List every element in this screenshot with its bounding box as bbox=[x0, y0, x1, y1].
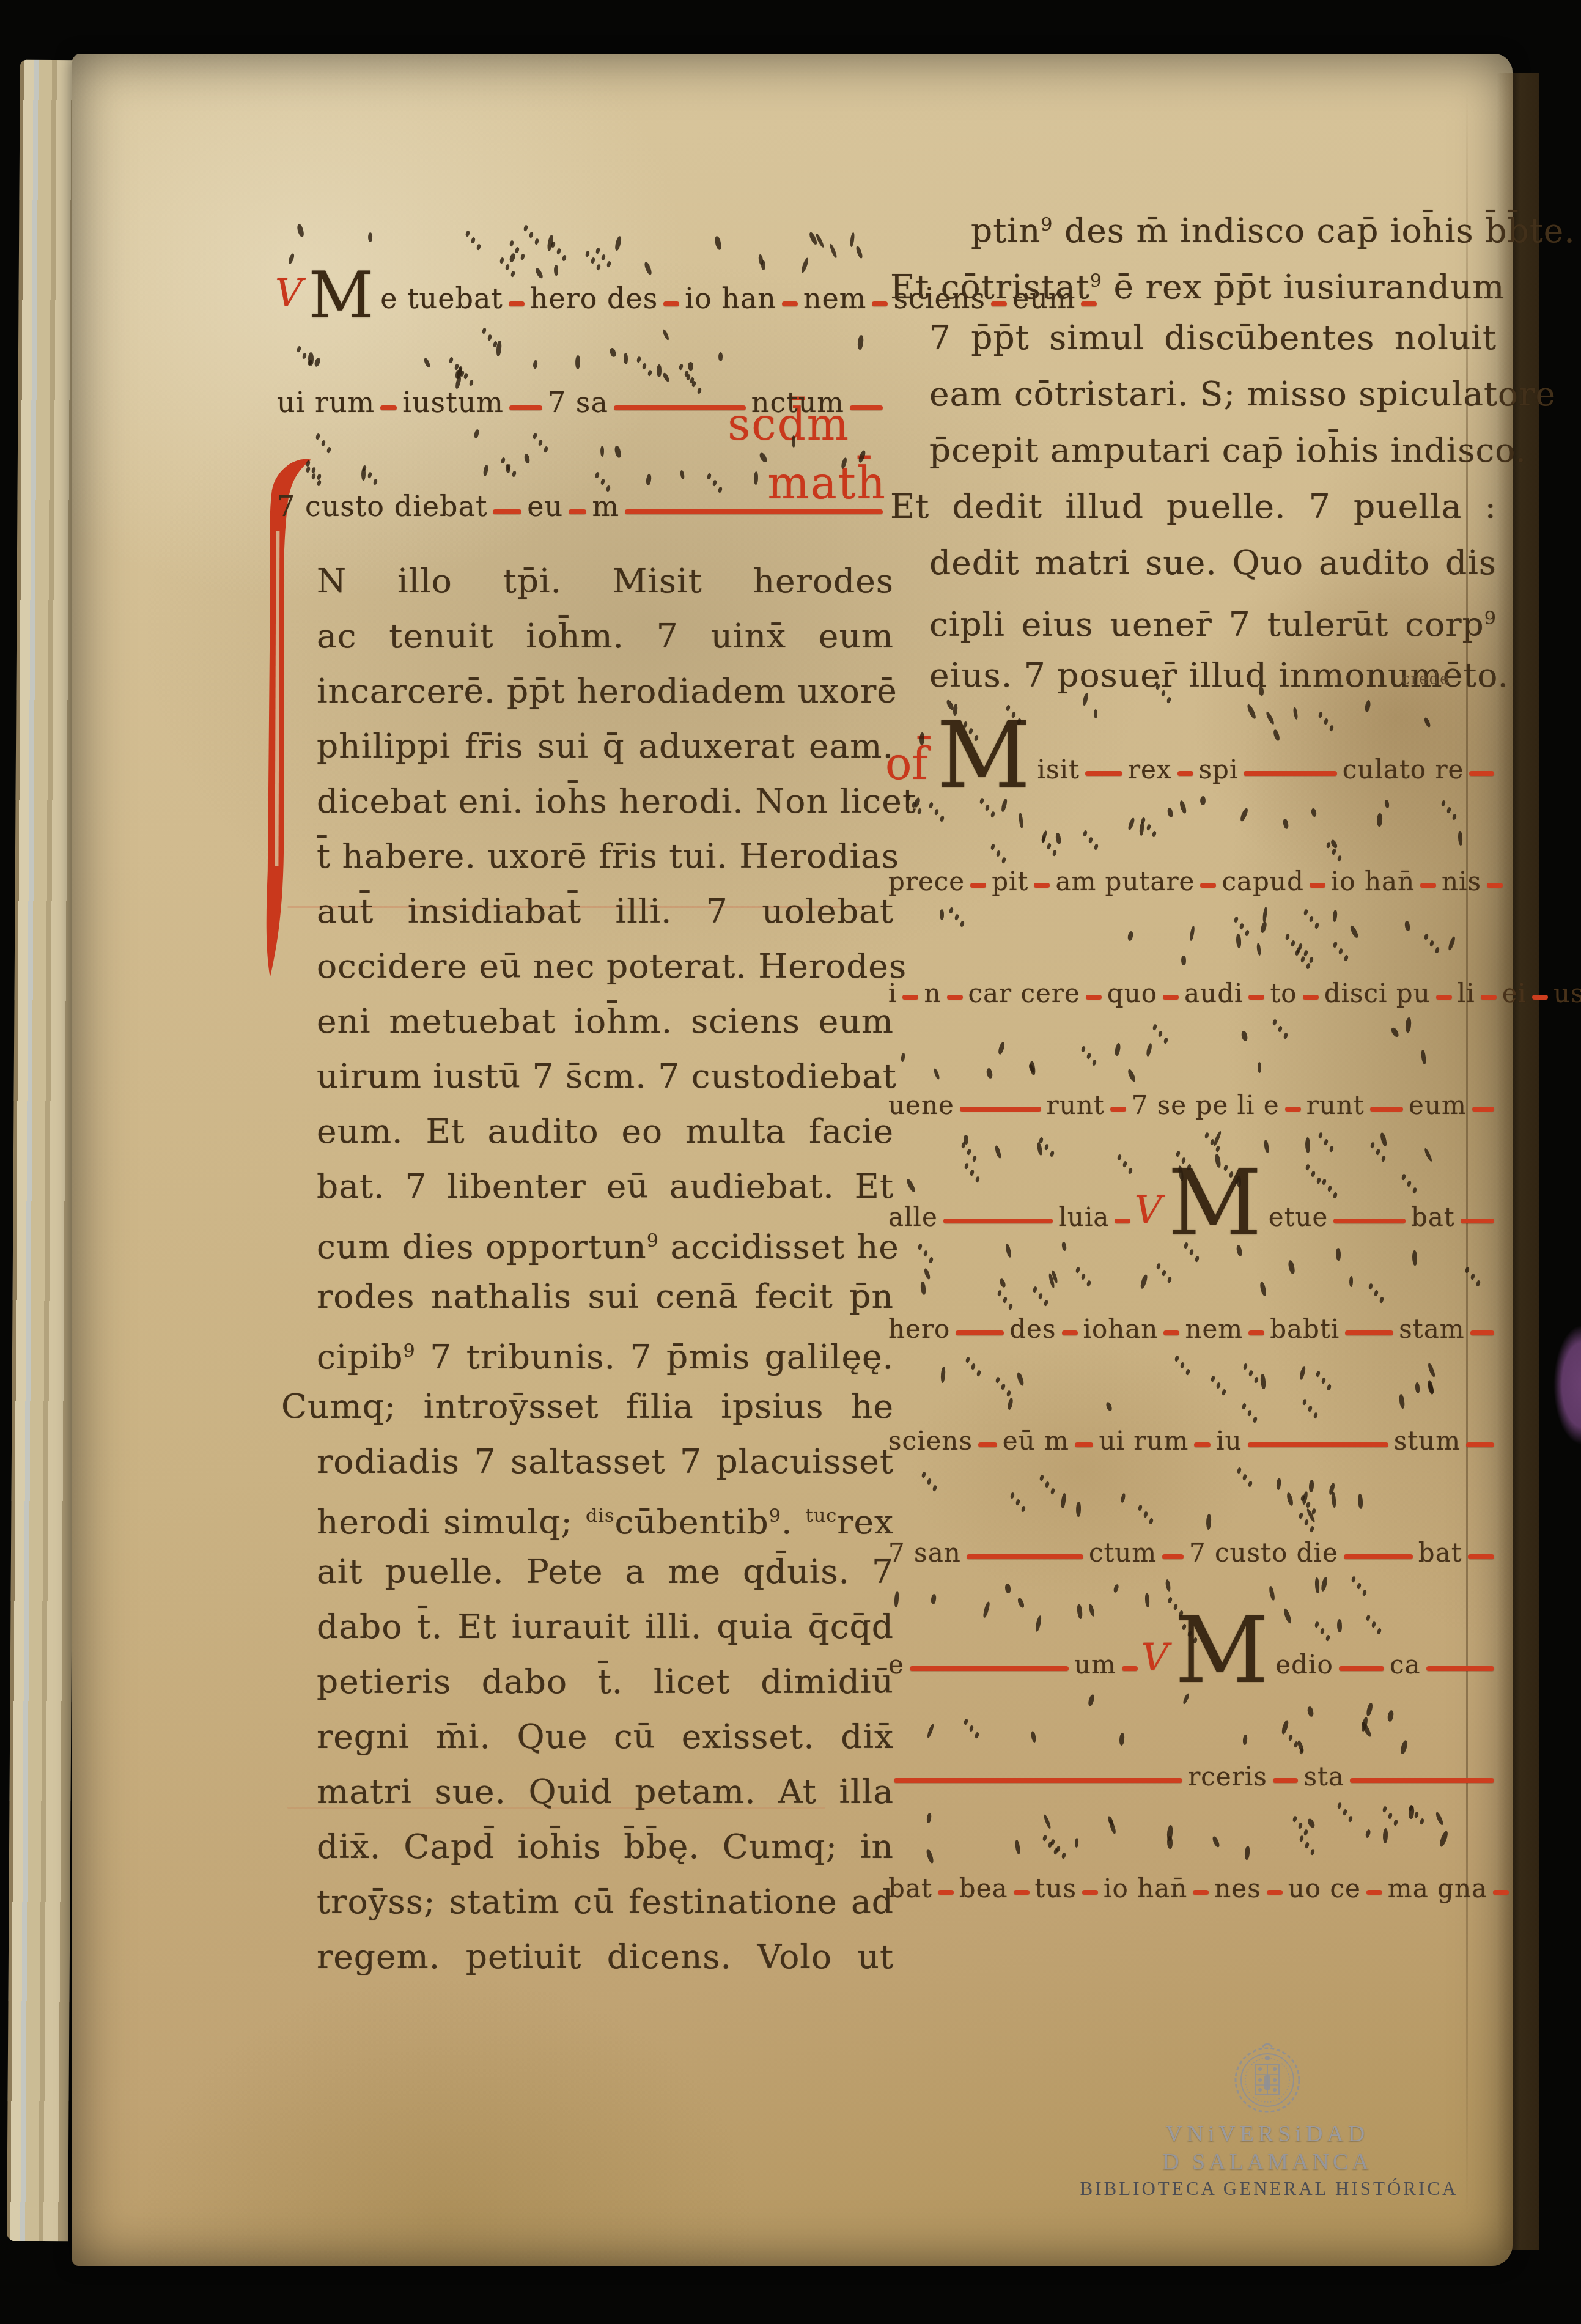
neume-mark bbox=[1331, 1491, 1336, 1508]
neume-mark bbox=[1141, 817, 1146, 824]
neume-mark bbox=[509, 240, 515, 246]
red-extender-line bbox=[1339, 1666, 1384, 1671]
gospel-line-right: Et dedit illud puelle. 7 puella : bbox=[890, 478, 1497, 534]
neume-mark bbox=[1061, 1242, 1066, 1251]
neume-mark bbox=[1075, 1502, 1082, 1518]
neume-mark bbox=[1330, 839, 1338, 849]
screenshot-canvas: { "colors":{"red":"#cd3e1f","ink":"#4230… bbox=[0, 0, 1581, 2324]
neume-mark bbox=[1082, 692, 1089, 706]
neume-mark bbox=[1408, 1805, 1413, 1812]
neume-mark bbox=[600, 446, 604, 457]
neume-mark bbox=[506, 463, 511, 470]
neume-mark bbox=[1163, 1038, 1168, 1044]
neume-mark bbox=[1439, 1830, 1450, 1847]
neume-mark bbox=[1329, 725, 1334, 731]
offertory-mark: of̄ bbox=[885, 747, 928, 782]
neume-mark bbox=[916, 808, 922, 814]
neume-mark bbox=[1434, 947, 1440, 954]
neume-mark bbox=[1221, 1389, 1226, 1395]
neume-mark bbox=[590, 257, 595, 264]
chant-syllable: uene bbox=[888, 1090, 954, 1120]
red-extender-line bbox=[1366, 1890, 1382, 1895]
neume-mark bbox=[524, 454, 531, 464]
neume-mark bbox=[1412, 1250, 1417, 1266]
neume-mark bbox=[367, 471, 373, 478]
neume-mark bbox=[911, 801, 916, 808]
neume-mark bbox=[662, 372, 670, 383]
neume-mark bbox=[954, 914, 959, 921]
red-extender-line bbox=[894, 1778, 1182, 1783]
neume-mark bbox=[1399, 1739, 1409, 1755]
neume-mark bbox=[1001, 857, 1006, 863]
neume-mark bbox=[1390, 1027, 1399, 1038]
neume-mark bbox=[1419, 1818, 1424, 1825]
neume-mark bbox=[1041, 836, 1047, 843]
neume-mark bbox=[1051, 1270, 1058, 1284]
neume-mark bbox=[857, 335, 865, 350]
red-extender-line bbox=[1436, 995, 1452, 1000]
neume-mark bbox=[964, 1135, 969, 1145]
chant-syllable: audi bbox=[1184, 978, 1243, 1008]
neume-mark bbox=[1303, 950, 1309, 957]
neume-mark bbox=[1364, 700, 1372, 714]
chant-line: VMe tuebathero desio hannemscienseum bbox=[274, 211, 885, 315]
neume-mark bbox=[1310, 1170, 1316, 1177]
gospel-line-left: bat. 7 libenter eū audiebat. Et bbox=[281, 1159, 894, 1214]
neume-mark bbox=[315, 433, 321, 440]
chant-syllable: li bbox=[1458, 978, 1475, 1008]
neume-mark bbox=[1047, 1841, 1053, 1848]
neume-mark bbox=[1077, 1604, 1083, 1620]
neume-mark bbox=[1382, 1828, 1388, 1843]
neume-mark bbox=[1317, 711, 1323, 718]
neume-mark bbox=[1206, 1513, 1212, 1530]
page-edge-stack bbox=[7, 60, 81, 2242]
neume-mark bbox=[308, 359, 313, 366]
neume-mark bbox=[1365, 1829, 1372, 1839]
neume-mark bbox=[584, 250, 590, 257]
chant-line: eumVMedioca bbox=[885, 1568, 1497, 1680]
red-extender-line bbox=[960, 1107, 1041, 1112]
chant-syllable: bat bbox=[1418, 1538, 1462, 1568]
red-extender-line bbox=[1532, 995, 1548, 1000]
gospel-line-left: eni metuebat ioh̄m. sciens eum bbox=[281, 994, 894, 1049]
neume-mark bbox=[1244, 929, 1250, 936]
neume-mark bbox=[1292, 707, 1298, 720]
neume-mark bbox=[1304, 1519, 1310, 1526]
neume-mark bbox=[1310, 1526, 1315, 1533]
neume-mark bbox=[1318, 1132, 1324, 1139]
chant-syllable: ca bbox=[1390, 1650, 1421, 1680]
neume-mark bbox=[1305, 1501, 1311, 1508]
neume-mark bbox=[718, 352, 723, 362]
neume-mark bbox=[1239, 807, 1249, 822]
neume-mark bbox=[1297, 1740, 1305, 1754]
neume-mark bbox=[1327, 1185, 1333, 1192]
neume-mark bbox=[1288, 1735, 1294, 1741]
neume-mark bbox=[556, 248, 561, 254]
neume-mark bbox=[1351, 1576, 1357, 1583]
gospel-line-left: dicebat eni. ioh̄s herodi. Non licet bbox=[281, 773, 894, 828]
neume-mark bbox=[1015, 1840, 1021, 1855]
neume-mark bbox=[1155, 1263, 1161, 1269]
red-extender-line bbox=[1062, 1330, 1078, 1335]
neume-band bbox=[885, 1344, 1497, 1416]
neume-mark bbox=[1048, 1273, 1055, 1289]
neume-mark bbox=[712, 480, 718, 487]
chant-syllable: runt bbox=[1306, 1090, 1365, 1120]
neume-mark bbox=[1382, 1806, 1388, 1813]
neume-mark bbox=[1292, 1815, 1298, 1822]
neume-mark bbox=[1333, 1192, 1338, 1198]
neume-mark bbox=[1263, 1140, 1269, 1153]
red-extender-line bbox=[509, 405, 542, 410]
neume-mark bbox=[684, 371, 690, 377]
neume-mark bbox=[1003, 1296, 1008, 1303]
neume-mark bbox=[534, 267, 544, 279]
neume-mark bbox=[1241, 1031, 1248, 1042]
chant-syllable: etue bbox=[1269, 1202, 1329, 1232]
neume-mark bbox=[714, 235, 722, 251]
neume-mark bbox=[1298, 943, 1303, 950]
neume-mark bbox=[326, 446, 332, 453]
neume-mark bbox=[511, 470, 517, 477]
neume-mark bbox=[1016, 1371, 1025, 1386]
red-extender-line bbox=[380, 405, 397, 410]
neume-mark bbox=[1179, 800, 1187, 814]
neume-mark bbox=[997, 1041, 1006, 1055]
neume-mark bbox=[1167, 808, 1173, 818]
neume-mark bbox=[423, 357, 430, 368]
neume-mark bbox=[1242, 1734, 1248, 1745]
gospel-line-right: 7 p̄p̄t simul discūbentes noluit bbox=[890, 309, 1497, 366]
red-extender-line bbox=[1248, 1330, 1264, 1335]
neume-mark bbox=[448, 357, 454, 364]
neume-mark bbox=[815, 233, 825, 248]
gospel-line-left: incarcerē. p̄p̄t herodiadem uxorē bbox=[281, 663, 894, 718]
neume-mark bbox=[1319, 1628, 1325, 1635]
neume-band bbox=[885, 896, 1497, 968]
red-extender-line bbox=[910, 1666, 1069, 1671]
neume-mark bbox=[1247, 1409, 1252, 1416]
neume-mark bbox=[1373, 1289, 1379, 1296]
neume-mark bbox=[1122, 1161, 1127, 1168]
neume-mark bbox=[687, 362, 693, 371]
chant-initial: M bbox=[937, 728, 1031, 784]
neume-mark bbox=[1248, 1480, 1253, 1487]
neume-mark bbox=[975, 1176, 980, 1183]
red-extender-line bbox=[1122, 1666, 1138, 1671]
neume-mark bbox=[1200, 796, 1206, 806]
neume-mark bbox=[1309, 915, 1314, 922]
neume-mark bbox=[995, 1376, 1000, 1383]
neume-mark bbox=[1086, 1052, 1091, 1059]
neume-mark bbox=[1311, 1508, 1316, 1514]
chant-syllable: edio bbox=[1275, 1650, 1333, 1680]
neume-mark bbox=[487, 334, 493, 341]
neume-mark bbox=[1037, 1293, 1043, 1299]
neume-mark bbox=[1146, 824, 1152, 830]
red-extender-line bbox=[1086, 995, 1102, 1000]
chant-syllable: bat bbox=[1411, 1202, 1455, 1232]
neume-mark bbox=[999, 1278, 1006, 1288]
red-extender-line bbox=[509, 301, 525, 306]
red-extender-line bbox=[1285, 1107, 1301, 1112]
neume-mark bbox=[1239, 923, 1244, 929]
neume-mark bbox=[1294, 1741, 1299, 1748]
neume-mark bbox=[696, 388, 702, 394]
neume-mark bbox=[1181, 956, 1185, 966]
neume-mark bbox=[1381, 1155, 1387, 1162]
neume-mark bbox=[1152, 830, 1157, 837]
gospel-line-left: occidere eū nec poterat. Herodes bbox=[281, 939, 894, 994]
neume-mark bbox=[544, 446, 549, 452]
chant-syllable: am putare bbox=[1055, 866, 1195, 896]
neume-mark bbox=[361, 468, 366, 481]
gospel-line-left: regem. petiuit dicens. Volo ut bbox=[281, 1929, 894, 1984]
neume-mark bbox=[761, 260, 766, 270]
neume-mark bbox=[1247, 703, 1257, 720]
neume-mark bbox=[972, 1156, 978, 1162]
neume-mark bbox=[1329, 1146, 1335, 1153]
neume-mark bbox=[1075, 1266, 1081, 1273]
neume-mark bbox=[1333, 942, 1338, 948]
neume-mark bbox=[1080, 1046, 1086, 1052]
chant-syllable: nctum bbox=[751, 386, 844, 419]
red-extender-line bbox=[1082, 1890, 1098, 1895]
neume-mark bbox=[533, 432, 538, 439]
neume-mark bbox=[926, 1812, 932, 1823]
neume-mark bbox=[969, 1170, 975, 1176]
neume-mark bbox=[1127, 1068, 1137, 1083]
neume-mark bbox=[373, 478, 378, 485]
neume-mark bbox=[979, 797, 984, 804]
neume-mark bbox=[594, 471, 600, 478]
neume-mark bbox=[1041, 830, 1048, 843]
neume-mark bbox=[600, 254, 606, 260]
red-extender-line bbox=[1420, 883, 1436, 888]
neume-mark bbox=[1295, 950, 1300, 956]
neume-mark bbox=[482, 464, 489, 476]
neume-mark bbox=[1441, 800, 1446, 806]
neume-mark bbox=[1427, 1362, 1435, 1378]
gospel-line-left: petieris dabo t̄. licet dimidiū bbox=[281, 1654, 894, 1709]
neume-mark bbox=[1387, 1710, 1395, 1722]
neume-mark bbox=[609, 348, 616, 358]
neume-mark bbox=[1114, 1043, 1121, 1057]
neume-mark bbox=[1299, 1835, 1304, 1842]
neume-mark bbox=[1005, 1584, 1011, 1593]
chant-line: alleluiaVMetuebat bbox=[885, 1120, 1497, 1232]
neume-mark bbox=[470, 237, 476, 243]
red-extender-line bbox=[872, 301, 888, 306]
neume-mark bbox=[967, 1149, 972, 1156]
chant-syllable: uo ce bbox=[1288, 1873, 1361, 1903]
neume-mark bbox=[1242, 1474, 1248, 1480]
gospel-line-left: matri sue. Quid petam. At illa bbox=[281, 1764, 894, 1819]
neume-mark bbox=[913, 797, 921, 808]
red-extender-line bbox=[956, 1330, 1004, 1335]
neume-mark bbox=[1309, 957, 1314, 964]
neume-mark bbox=[1421, 1050, 1426, 1065]
watermark-library: BIBLIOTECA GENERAL HISTÓRICA bbox=[1043, 2178, 1495, 2200]
neume-mark bbox=[1384, 799, 1389, 808]
chant-syllable: ui rum bbox=[1099, 1426, 1189, 1456]
neume-mark bbox=[1321, 1378, 1326, 1384]
neume-mark bbox=[550, 241, 556, 248]
gospel-line-left: eum. Et audito eo multa facie bbox=[281, 1104, 894, 1159]
neume-mark bbox=[948, 907, 954, 914]
red-extender-line bbox=[1470, 1330, 1494, 1335]
neume-mark bbox=[1056, 832, 1061, 844]
gospel-line-left: ait puelle. Pete a me qd̄uis. 7 bbox=[281, 1544, 894, 1599]
neume-mark bbox=[482, 328, 487, 334]
neume-mark bbox=[305, 460, 311, 467]
neume-mark bbox=[1265, 711, 1275, 726]
neume-mark bbox=[533, 360, 538, 369]
neume-mark bbox=[1034, 1615, 1042, 1632]
neume-mark bbox=[1362, 1590, 1368, 1596]
neume-mark bbox=[928, 802, 934, 809]
chant-syllable: 7 se pe li e bbox=[1132, 1090, 1280, 1120]
neume-mark bbox=[308, 352, 313, 366]
neume-mark bbox=[1174, 1356, 1179, 1362]
neume-mark bbox=[1336, 855, 1342, 861]
neume-mark bbox=[1307, 1706, 1314, 1717]
chant-top-block: VMe tuebathero desio hannemscienseumui r… bbox=[274, 211, 885, 523]
neume-mark bbox=[1049, 1150, 1055, 1157]
neume-mark bbox=[1029, 1061, 1035, 1075]
neume-mark bbox=[1060, 1493, 1067, 1509]
neume-mark bbox=[1166, 1276, 1172, 1283]
neume-mark bbox=[1388, 1813, 1393, 1820]
gospel-line-left: ac tenuit ioh̄m. 7 uinx̄ eum bbox=[281, 608, 894, 663]
neume-mark bbox=[1259, 687, 1264, 696]
neume-mark bbox=[1050, 1488, 1055, 1494]
neume-mark bbox=[930, 1594, 937, 1605]
neume-mark bbox=[362, 465, 367, 471]
gospel-line-left: dabo t̄. Et iurauit illi. quia q̄cq̄d bbox=[281, 1599, 894, 1654]
neume-mark bbox=[1298, 1822, 1303, 1829]
chant-syllable: 7 custo diebat bbox=[277, 490, 487, 523]
neume-mark bbox=[643, 262, 652, 276]
neume-mark bbox=[905, 1178, 916, 1193]
chant-syllable: bat bbox=[888, 1873, 932, 1903]
chant-syllable: m bbox=[592, 490, 619, 523]
neume-mark bbox=[925, 1848, 934, 1864]
neume-mark bbox=[624, 353, 628, 365]
neume-mark bbox=[792, 435, 796, 448]
red-extender-line bbox=[1344, 1554, 1413, 1559]
neume-mark bbox=[1322, 1178, 1327, 1185]
neume-mark bbox=[1344, 955, 1349, 962]
neume-mark bbox=[754, 471, 759, 485]
neume-mark bbox=[1302, 1398, 1307, 1405]
neume-mark bbox=[1324, 1139, 1329, 1146]
chant-syllable: i bbox=[888, 978, 897, 1008]
neume-mark bbox=[595, 247, 600, 254]
chant-syllable: car cere bbox=[968, 978, 1080, 1008]
neume-mark bbox=[1047, 843, 1052, 849]
gospel-line-right: p̄cepit amputari cap̄ ioh̄is indisco. bbox=[890, 422, 1497, 478]
neume-mark bbox=[1005, 1244, 1012, 1258]
neume-mark bbox=[963, 1718, 968, 1725]
red-extender-line bbox=[1461, 1219, 1494, 1223]
neume-mark bbox=[496, 341, 503, 357]
watermark-campus: D SALAMANCA bbox=[1093, 2149, 1442, 2175]
chant-syllable: ei bbox=[1502, 978, 1527, 1008]
chant-syllable: pit bbox=[992, 866, 1028, 896]
chant-syllable: stam bbox=[1399, 1314, 1464, 1344]
neume-mark bbox=[921, 1471, 926, 1478]
chant-syllable: hero des bbox=[530, 282, 658, 315]
neume-mark bbox=[685, 374, 691, 381]
neume-mark bbox=[1315, 1371, 1321, 1378]
red-extender-line bbox=[1162, 1554, 1184, 1559]
neume-mark bbox=[1167, 1836, 1173, 1849]
gospel-line-left: herodi simulq; discūbentib9. tucrex bbox=[281, 1489, 894, 1544]
neume-mark bbox=[311, 473, 317, 479]
neume-mark bbox=[1259, 1282, 1267, 1297]
neume-mark bbox=[311, 467, 316, 473]
neume-mark bbox=[923, 1250, 929, 1256]
neume-mark bbox=[520, 253, 526, 260]
neume-mark bbox=[1019, 813, 1023, 828]
neume-mark bbox=[1237, 1467, 1242, 1474]
red-extender-line bbox=[1193, 1890, 1209, 1895]
neume-mark bbox=[1313, 1412, 1318, 1418]
neume-mark bbox=[306, 466, 311, 473]
neume-mark bbox=[515, 246, 520, 253]
neume-mark bbox=[858, 450, 867, 463]
neume-mark bbox=[614, 446, 621, 459]
chant-line: ui rumiustum7 sanctum bbox=[274, 315, 885, 419]
neume-mark bbox=[1357, 1494, 1363, 1509]
neume-mark bbox=[1303, 909, 1309, 915]
chant-syllable: alle bbox=[888, 1202, 938, 1232]
neume-mark bbox=[1120, 1493, 1126, 1503]
neume-mark bbox=[1446, 806, 1452, 813]
neume-mark bbox=[1145, 1593, 1150, 1607]
neume-mark bbox=[1244, 1845, 1251, 1860]
neume-mark bbox=[510, 270, 515, 277]
neume-band bbox=[885, 1680, 1497, 1752]
neume-mark bbox=[554, 265, 559, 276]
chant-syllable: nem bbox=[1185, 1314, 1243, 1344]
neume-mark bbox=[1303, 1829, 1309, 1835]
neume-mark bbox=[828, 243, 838, 259]
neume-mark bbox=[940, 909, 945, 920]
neume-mark bbox=[595, 264, 601, 270]
neume-mark bbox=[1371, 1621, 1376, 1628]
neume-mark bbox=[493, 341, 498, 348]
neume-mark bbox=[965, 1356, 970, 1363]
neume-mark bbox=[1209, 1139, 1215, 1146]
neume-mark bbox=[1168, 1597, 1173, 1604]
neume-mark bbox=[504, 264, 510, 270]
neume-mark bbox=[1081, 1273, 1086, 1280]
neume-mark bbox=[1105, 1402, 1113, 1412]
neume-mark bbox=[1119, 1733, 1126, 1746]
chant-syllable: ctum bbox=[1089, 1538, 1157, 1568]
neume-mark bbox=[1349, 1276, 1354, 1288]
neume-mark bbox=[1043, 1813, 1052, 1829]
versicle-mark: V bbox=[1134, 1187, 1162, 1232]
neume-band bbox=[885, 1791, 1497, 1864]
neume-mark bbox=[1052, 849, 1058, 856]
neume-mark bbox=[1283, 1032, 1288, 1039]
neume-mark bbox=[932, 1485, 937, 1491]
